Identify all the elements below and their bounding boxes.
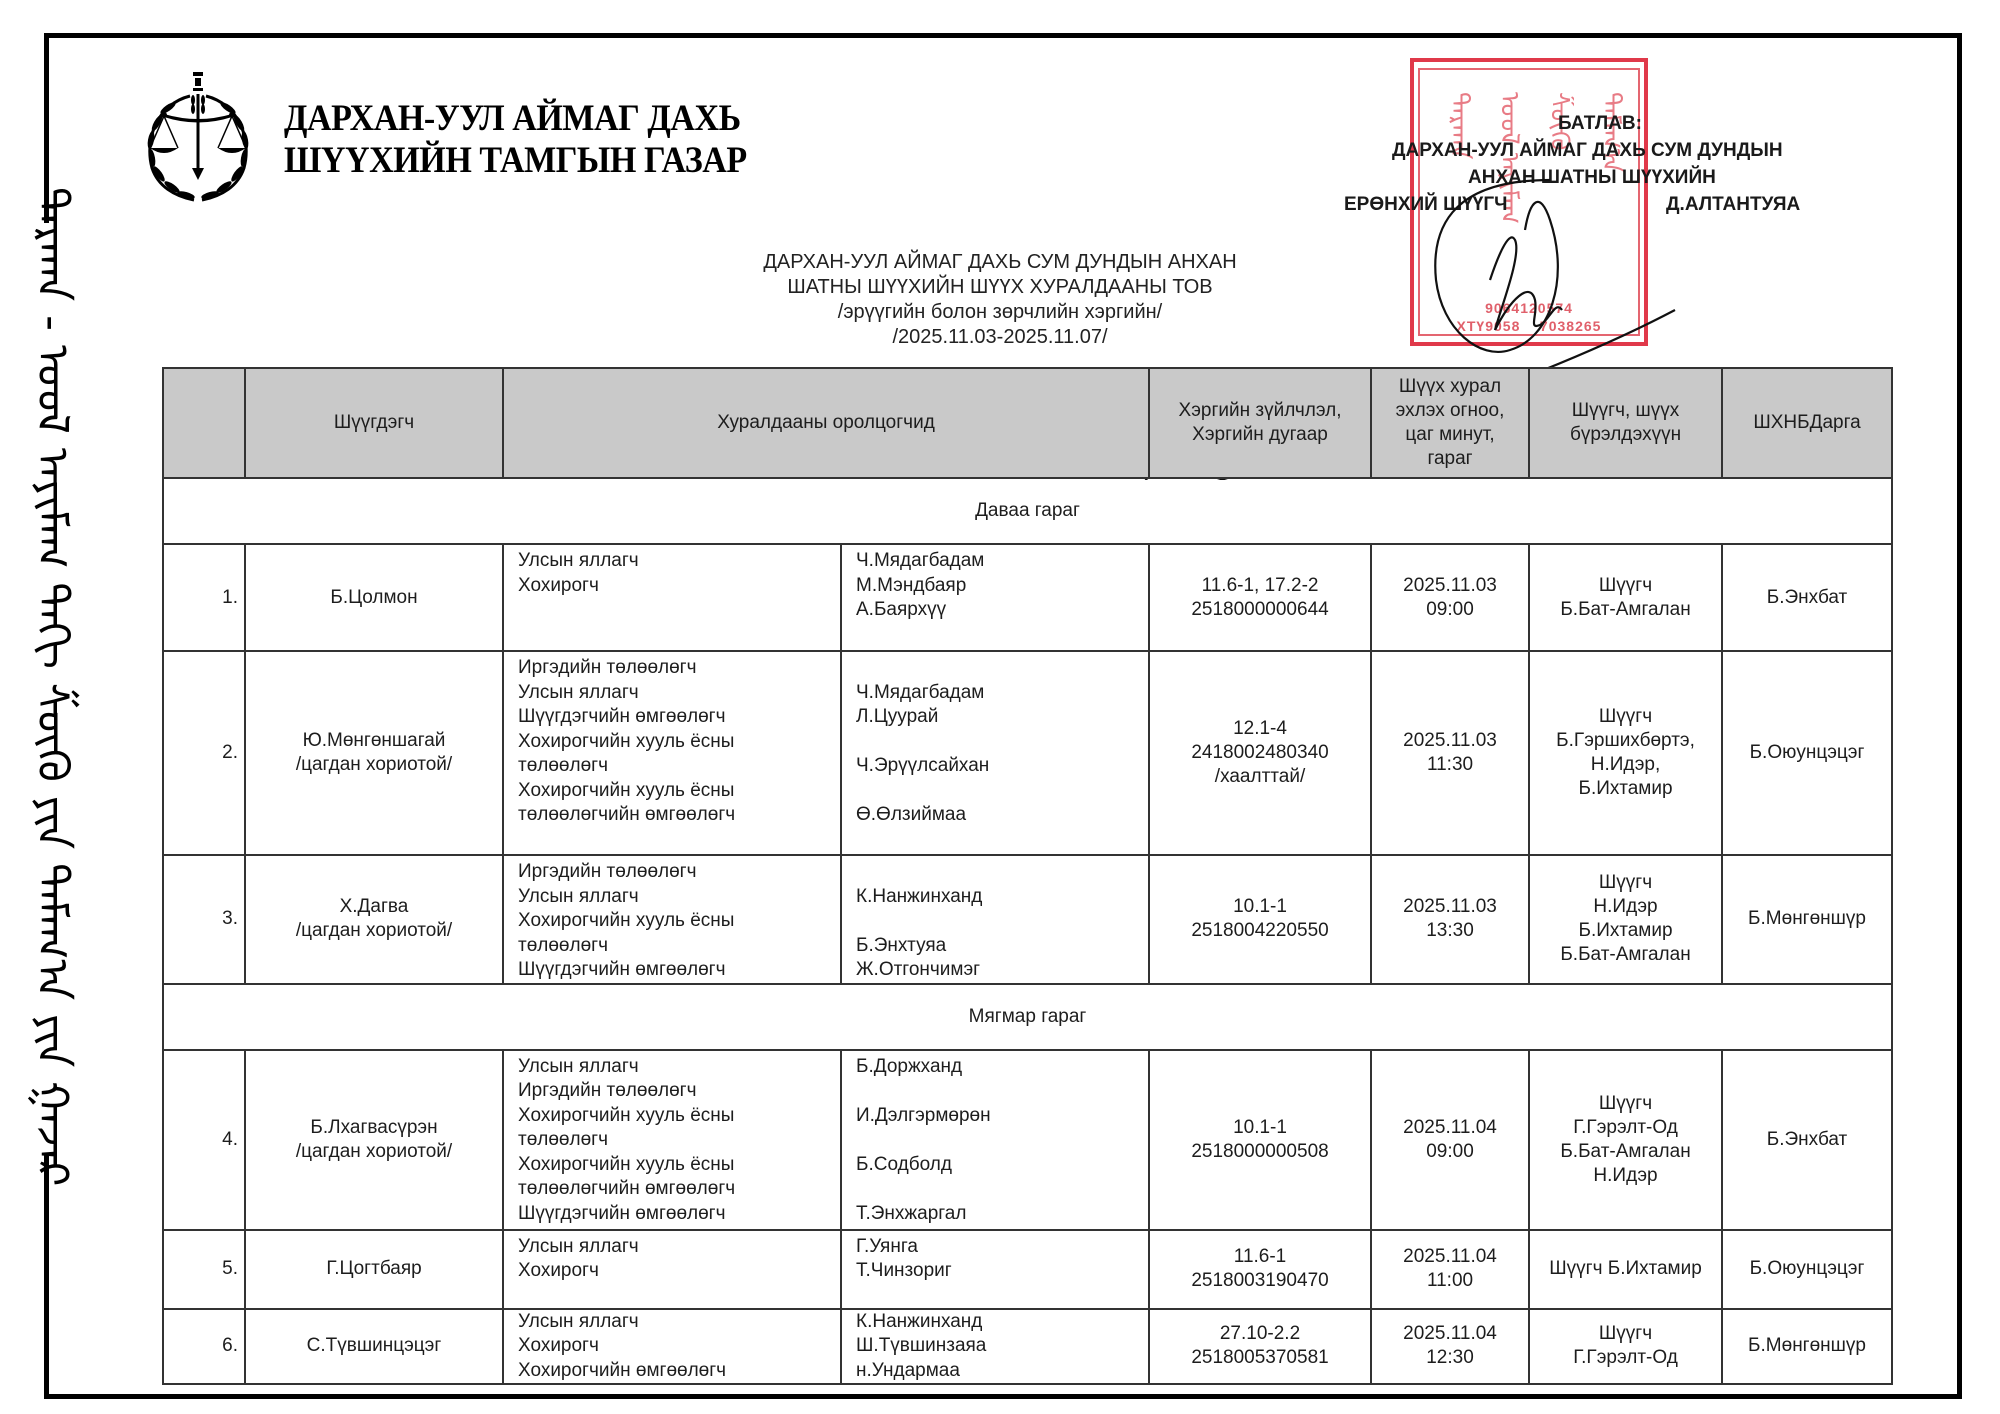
frame-top bbox=[44, 33, 1962, 38]
cell-line: Г.Цогтбаяр bbox=[246, 1257, 502, 1281]
cell-line: Шүүгч bbox=[1530, 705, 1721, 729]
participant-roles-cell: Улсын яллагчХохирогчХохирогчийн өмгөөлөг… bbox=[503, 1309, 841, 1385]
judges-cell: ШүүгчБ.Бат-Амгалан bbox=[1529, 544, 1722, 651]
secretary-cell: Б.Оюунцэцэг bbox=[1722, 1230, 1892, 1309]
datetime-cell: 2025.11.0311:30 bbox=[1371, 651, 1529, 855]
header-line: гараг bbox=[1372, 447, 1528, 471]
vertical-mongolian-script: ᠳᠠᠷᠬᠠᠨ - ᠤᠤᠯ ᠠᠶᠢᠮᠠᠭ ᠳᠠᠬᠢ ᠱᠦᠬᠦ ᠶᠢᠨ ᠲᠠᠮᠠᠭ᠎… bbox=[12, 222, 92, 1152]
cell-line: 11:00 bbox=[1372, 1269, 1528, 1293]
participant-names-cell: Ч.МядагбадамМ.МэндбаярА.Баярхүү bbox=[841, 544, 1149, 651]
text-line: Ч.Мядагбадам bbox=[856, 681, 1148, 706]
cell-line: Шүүгч bbox=[1530, 1092, 1721, 1116]
cell-line: 2025.11.03 bbox=[1372, 729, 1528, 753]
approval-position: ЕРӨНХИЙ ШҮҮГЧ bbox=[1344, 191, 1507, 218]
text-line: төлөөлөгч bbox=[518, 1128, 840, 1153]
approval-line2: АНХАН ШАТНЫ ШҮҮХИЙН bbox=[1468, 164, 1716, 191]
text-line: Шүүгдэгчийн өмгөөлөгч bbox=[518, 1202, 840, 1227]
cell-line: Н.Идэр, bbox=[1530, 753, 1721, 777]
text-line bbox=[856, 779, 1148, 804]
cell-line: Б.Цолмон bbox=[246, 586, 502, 610]
day-group-row: Даваа гараг bbox=[163, 478, 1892, 544]
text-line: А.Баярхүү bbox=[856, 598, 1148, 623]
text-line: Иргэдийн төлөөлөгч bbox=[518, 1079, 840, 1104]
text-line: Хохирогч bbox=[518, 574, 840, 599]
header-line: бүрэлдэхүүн bbox=[1530, 423, 1721, 447]
cell-line: Б.Ихтамир bbox=[1530, 777, 1721, 801]
judges-cell: ШүүгчГ.Гэрэлт-Од bbox=[1529, 1309, 1722, 1385]
secretary-cell: Б.Энхбат bbox=[1722, 544, 1892, 651]
defendant-cell: С.Түвшинцэцэг bbox=[245, 1309, 503, 1385]
text-line: төлөөлөгчийн өмгөөлөгч bbox=[518, 1177, 840, 1202]
case-number-cell: 10.1-12518004220550 bbox=[1149, 855, 1371, 984]
judges-cell: ШүүгчН.ИдэрБ.ИхтамирБ.Бат-Амгалан bbox=[1529, 855, 1722, 984]
organization-name-line2: ШҮҮХИЙН ТАМГЫН ГАЗАР bbox=[284, 140, 747, 182]
secretary-cell: Б.Оюунцэцэг bbox=[1722, 651, 1892, 855]
document-title-line1: ДАРХАН-УУЛ АЙМАГ ДАХЬ СУМ ДУНДЫН АНХАН bbox=[600, 250, 1400, 275]
cell-line: 2518000000644 bbox=[1150, 598, 1370, 622]
approval-line1: ДАРХАН-УУЛ АЙМАГ ДАХЬ СУМ ДУНДЫН bbox=[1392, 137, 1783, 164]
text-line: Улсын яллагч bbox=[518, 1055, 840, 1080]
text-line: Улсын яллагч bbox=[518, 885, 840, 910]
defendant-cell: Г.Цогтбаяр bbox=[245, 1230, 503, 1309]
text-line: төлөөлөгч bbox=[518, 754, 840, 779]
text-line bbox=[856, 1079, 1148, 1104]
stamp-number-1: 9064120574 bbox=[1414, 300, 1644, 316]
cell-line: 10.1-1 bbox=[1150, 1116, 1370, 1140]
cell-line: Н.Идэр bbox=[1530, 1164, 1721, 1188]
cell-line: 2025.11.04 bbox=[1372, 1245, 1528, 1269]
col-header-participants: Хуралдааны оролцогчид bbox=[503, 368, 1149, 478]
cell-line: 10.1-1 bbox=[1150, 895, 1370, 919]
case-number-cell: 11.6-1, 17.2-22518000000644 bbox=[1149, 544, 1371, 651]
text-line: Шүүгдэгчийн өмгөөлөгч bbox=[518, 958, 840, 983]
secretary-cell: Б.Мөнгөншүр bbox=[1722, 855, 1892, 984]
text-line: Ш.Түвшинзаяа bbox=[856, 1334, 1148, 1359]
approval-name: Д.АЛТАНТУЯА bbox=[1666, 191, 1800, 218]
cell-line: Шүүгч bbox=[1530, 574, 1721, 598]
text-line: Иргэдийн төлөөлөгч bbox=[518, 860, 840, 885]
text-line: Улсын яллагч bbox=[518, 1310, 840, 1335]
cell-line: 11.6-1 bbox=[1150, 1245, 1370, 1269]
cell-line: 2025.11.03 bbox=[1372, 895, 1528, 919]
approval-label: БАТЛАВ: bbox=[1558, 110, 1642, 137]
cell-line: Б.Бат-Амгалан bbox=[1530, 1140, 1721, 1164]
case-number-cell: 10.1-12518000000508 bbox=[1149, 1050, 1371, 1230]
text-line: К.Нанжинханд bbox=[856, 1310, 1148, 1335]
row-number: 2. bbox=[163, 651, 245, 855]
text-line: К.Нанжинханд bbox=[856, 885, 1148, 910]
table-row: 2.Ю.Мөнгөншагай/цагдан хориотой/Иргэдийн… bbox=[163, 651, 1892, 855]
text-line bbox=[856, 909, 1148, 934]
cell-line: 2518004220550 bbox=[1150, 919, 1370, 943]
datetime-cell: 2025.11.0313:30 bbox=[1371, 855, 1529, 984]
defendant-cell: Б.Цолмон bbox=[245, 544, 503, 651]
header-line: Шүүх хурал bbox=[1372, 375, 1528, 399]
col-header-judges: Шүүгч, шүүхбүрэлдэхүүн bbox=[1529, 368, 1722, 478]
table-row: 6.С.ТүвшинцэцэгУлсын яллагчХохирогчХохир… bbox=[163, 1309, 1892, 1385]
judges-cell: Шүүгч Б.Ихтамир bbox=[1529, 1230, 1722, 1309]
participant-names-cell: К.НанжинхандШ.Түвшинзаяан.Ундармаа bbox=[841, 1309, 1149, 1385]
text-line bbox=[856, 860, 1148, 885]
secretary-cell: Б.Энхбат bbox=[1722, 1050, 1892, 1230]
secretary-cell: Б.Мөнгөншүр bbox=[1722, 1309, 1892, 1385]
text-line: Б.Энхтуяа bbox=[856, 934, 1148, 959]
cell-line: 2518000000508 bbox=[1150, 1140, 1370, 1164]
text-line: Л.Цуурай bbox=[856, 705, 1148, 730]
cell-line: Б.Лхагвасүрэн bbox=[246, 1116, 502, 1140]
text-line: Хохирогч bbox=[518, 1259, 840, 1284]
table-row: 1.Б.ЦолмонУлсын яллагчХохирогчЧ.Мядагбад… bbox=[163, 544, 1892, 651]
text-line: Ч.Мядагбадам bbox=[856, 549, 1148, 574]
cell-line: Б.Бат-Амгалан bbox=[1530, 943, 1721, 967]
cell-line: Шүүгч Б.Ихтамир bbox=[1530, 1257, 1721, 1281]
document-period: /2025.11.03-2025.11.07/ bbox=[600, 325, 1400, 350]
cell-line: 11:30 bbox=[1372, 753, 1528, 777]
table-row: 3.Х.Дагва/цагдан хориотой/Иргэдийн төлөө… bbox=[163, 855, 1892, 984]
datetime-cell: 2025.11.0409:00 bbox=[1371, 1050, 1529, 1230]
row-number: 5. bbox=[163, 1230, 245, 1309]
text-line: М.Мэндбаяр bbox=[856, 574, 1148, 599]
participant-names-cell: Ч.МядагбадамЛ.ЦуурайЧ.ЭрүүлсайханӨ.Өлзий… bbox=[841, 651, 1149, 855]
mongolian-script-text: ᠳᠠᠷᠬᠠᠨ - ᠤᠤᠯ ᠠᠶᠢᠮᠠᠭ ᠳᠠᠬᠢ ᠱᠦᠬᠦ ᠶᠢᠨ ᠲᠠᠮᠠᠭ᠎… bbox=[14, 187, 91, 1186]
frame-bottom bbox=[44, 1394, 1962, 1399]
cell-line: 2518005370581 bbox=[1150, 1346, 1370, 1370]
header-line: эхлэх огноо, bbox=[1372, 399, 1528, 423]
col-header-defendant: Шүүгдэгч bbox=[245, 368, 503, 478]
header-line: Хэргийн дугаар bbox=[1150, 423, 1370, 447]
col-header-secretary: ШХНБДарга bbox=[1722, 368, 1892, 478]
text-line bbox=[856, 1128, 1148, 1153]
court-emblem-icon bbox=[138, 68, 258, 208]
cell-line: 2025.11.04 bbox=[1372, 1116, 1528, 1140]
hearing-schedule-table: Шүүгдэгч Хуралдааны оролцогчид Хэргийн з… bbox=[162, 367, 1893, 1385]
col-header-num bbox=[163, 368, 245, 478]
datetime-cell: 2025.11.0309:00 bbox=[1371, 544, 1529, 651]
text-line: Г.Уянга bbox=[856, 1235, 1148, 1260]
cell-line: Шүүгч bbox=[1530, 871, 1721, 895]
cell-line: Б.Бат-Амгалан bbox=[1530, 598, 1721, 622]
frame-left-lower bbox=[44, 1155, 49, 1399]
text-line: Ж.Отгончимэг bbox=[856, 958, 1148, 983]
participant-roles-cell: Иргэдийн төлөөлөгчУлсын яллагчШүүгдэгчий… bbox=[503, 651, 841, 855]
text-line: Хохирогчийн өмгөөлөгч bbox=[518, 1359, 840, 1384]
text-line bbox=[856, 656, 1148, 681]
datetime-cell: 2025.11.0412:30 bbox=[1371, 1309, 1529, 1385]
case-number-cell: 27.10-2.22518005370581 bbox=[1149, 1309, 1371, 1385]
cell-line: Н.Идэр bbox=[1530, 895, 1721, 919]
text-line: Хохирогчийн хууль ёсны bbox=[518, 909, 840, 934]
text-line: Б.Доржханд bbox=[856, 1055, 1148, 1080]
cell-line: Ю.Мөнгөншагай bbox=[246, 729, 502, 753]
text-line: Хохирогчийн хууль ёсны bbox=[518, 730, 840, 755]
participant-names-cell: Г.УянгаТ.Чинзориг bbox=[841, 1230, 1149, 1309]
datetime-cell: 2025.11.0411:00 bbox=[1371, 1230, 1529, 1309]
cell-line: 2418002480340 bbox=[1150, 741, 1370, 765]
day-label: Даваа гараг bbox=[163, 478, 1892, 544]
text-line: Улсын яллагч bbox=[518, 549, 840, 574]
document-subtitle: /эрүүгийн болон зөрчлийн хэргийн/ bbox=[600, 300, 1400, 325]
case-number-cell: 12.1-42418002480340/хаалттай/ bbox=[1149, 651, 1371, 855]
cell-line: /цагдан хориотой/ bbox=[246, 753, 502, 777]
table-body: Даваа гараг1.Б.ЦолмонУлсын яллагчХохирог… bbox=[163, 478, 1892, 1384]
stamp-number-2: ХТҮ9058 7038265 bbox=[1414, 318, 1644, 334]
col-header-datetime: Шүүх хуралэхлэх огноо,цаг минут,гараг bbox=[1371, 368, 1529, 478]
document-title-line2: ШАТНЫ ШҮҮХИЙН ШҮҮХ ХУРАЛДААНЫ ТОВ bbox=[600, 275, 1400, 300]
text-line bbox=[856, 730, 1148, 755]
cell-line: 2025.11.04 bbox=[1372, 1322, 1528, 1346]
table-row: 5.Г.ЦогтбаярУлсын яллагчХохирогчГ.УянгаТ… bbox=[163, 1230, 1892, 1309]
text-line: Т.Энхжаргал bbox=[856, 1202, 1148, 1227]
judges-cell: ШүүгчГ.Гэрэлт-ОдБ.Бат-АмгаланН.Идэр bbox=[1529, 1050, 1722, 1230]
cell-line: Г.Гэрэлт-Од bbox=[1530, 1116, 1721, 1140]
participant-roles-cell: Улсын яллагчХохирогч bbox=[503, 544, 841, 651]
text-line: төлөөлөгч bbox=[518, 934, 840, 959]
row-number: 1. bbox=[163, 544, 245, 651]
text-line: н.Ундармаа bbox=[856, 1359, 1148, 1384]
organization-name-line1: ДАРХАН-УУЛ АЙМАГ ДАХЬ bbox=[284, 98, 747, 140]
text-line: Хохирогч bbox=[518, 1334, 840, 1359]
day-label: Мягмар гараг bbox=[163, 984, 1892, 1050]
defendant-cell: Х.Дагва/цагдан хориотой/ bbox=[245, 855, 503, 984]
cell-line: 27.10-2.2 bbox=[1150, 1322, 1370, 1346]
cell-line: /цагдан хориотой/ bbox=[246, 919, 502, 943]
day-group-row: Мягмар гараг bbox=[163, 984, 1892, 1050]
header-line: Шүүгч, шүүх bbox=[1530, 399, 1721, 423]
cell-line: Шүүгч bbox=[1530, 1322, 1721, 1346]
organization-name: ДАРХАН-УУЛ АЙМАГ ДАХЬ ШҮҮХИЙН ТАМГЫН ГАЗ… bbox=[284, 98, 747, 182]
participant-names-cell: К.НанжинхандБ.ЭнхтуяаЖ.Отгончимэг bbox=[841, 855, 1149, 984]
text-line: Улсын яллагч bbox=[518, 1235, 840, 1260]
frame-right bbox=[1957, 33, 1962, 1399]
text-line: Улсын яллагч bbox=[518, 681, 840, 706]
cell-line: Б.Ихтамир bbox=[1530, 919, 1721, 943]
text-line: Хохирогчийн хууль ёсны bbox=[518, 779, 840, 804]
cell-line: 12:30 bbox=[1372, 1346, 1528, 1370]
header-line: цаг минут, bbox=[1372, 423, 1528, 447]
cell-line: Х.Дагва bbox=[246, 895, 502, 919]
participant-roles-cell: Улсын яллагчХохирогч bbox=[503, 1230, 841, 1309]
document-title: ДАРХАН-УУЛ АЙМАГ ДАХЬ СУМ ДУНДЫН АНХАН Ш… bbox=[600, 250, 1400, 350]
text-line bbox=[856, 1177, 1148, 1202]
defendant-cell: Ю.Мөнгөншагай/цагдан хориотой/ bbox=[245, 651, 503, 855]
text-line: Хохирогчийн хууль ёсны bbox=[518, 1153, 840, 1178]
cell-line: 09:00 bbox=[1372, 1140, 1528, 1164]
cell-line: Г.Гэрэлт-Од bbox=[1530, 1346, 1721, 1370]
text-line: Б.Содболд bbox=[856, 1153, 1148, 1178]
row-number: 4. bbox=[163, 1050, 245, 1230]
text-line: Ө.Өлзиймаа bbox=[856, 803, 1148, 828]
text-line: И.Дэлгэрмөрөн bbox=[856, 1104, 1148, 1129]
judges-cell: ШүүгчБ.Гэршихбөртэ,Н.Идэр,Б.Ихтамир bbox=[1529, 651, 1722, 855]
participant-roles-cell: Улсын яллагчИргэдийн төлөөлөгчХохирогчий… bbox=[503, 1050, 841, 1230]
cell-line: 2518003190470 bbox=[1150, 1269, 1370, 1293]
cell-line: Б.Гэршихбөртэ, bbox=[1530, 729, 1721, 753]
case-number-cell: 11.6-12518003190470 bbox=[1149, 1230, 1371, 1309]
participant-roles-cell: Иргэдийн төлөөлөгчУлсын яллагчХохирогчий… bbox=[503, 855, 841, 984]
cell-line: 12.1-4 bbox=[1150, 717, 1370, 741]
text-line: төлөөлөгчийн өмгөөлөгч bbox=[518, 803, 840, 828]
row-number: 3. bbox=[163, 855, 245, 984]
header-line: Хэргийн зүйлчлэл, bbox=[1150, 399, 1370, 423]
text-line: Иргэдийн төлөөлөгч bbox=[518, 656, 840, 681]
cell-line: /хаалттай/ bbox=[1150, 765, 1370, 789]
text-line: Шүүгдэгчийн өмгөөлөгч bbox=[518, 705, 840, 730]
col-header-case: Хэргийн зүйлчлэл,Хэргийн дугаар bbox=[1149, 368, 1371, 478]
cell-line: 09:00 bbox=[1372, 598, 1528, 622]
participant-names-cell: Б.ДоржхандИ.ДэлгэрмөрөнБ.СодболдТ.Энхжар… bbox=[841, 1050, 1149, 1230]
cell-line: 13:30 bbox=[1372, 919, 1528, 943]
table-header-row: Шүүгдэгч Хуралдааны оролцогчид Хэргийн з… bbox=[163, 368, 1892, 478]
text-line: Хохирогчийн хууль ёсны bbox=[518, 1104, 840, 1129]
text-line: Т.Чинзориг bbox=[856, 1259, 1148, 1284]
cell-line: /цагдан хориотой/ bbox=[246, 1140, 502, 1164]
defendant-cell: Б.Лхагвасүрэн/цагдан хориотой/ bbox=[245, 1050, 503, 1230]
cell-line: 11.6-1, 17.2-2 bbox=[1150, 574, 1370, 598]
cell-line: С.Түвшинцэцэг bbox=[246, 1334, 502, 1358]
text-line: Ч.Эрүүлсайхан bbox=[856, 754, 1148, 779]
cell-line: 2025.11.03 bbox=[1372, 574, 1528, 598]
table-row: 4.Б.Лхагвасүрэн/цагдан хориотой/Улсын ял… bbox=[163, 1050, 1892, 1230]
row-number: 6. bbox=[163, 1309, 245, 1385]
